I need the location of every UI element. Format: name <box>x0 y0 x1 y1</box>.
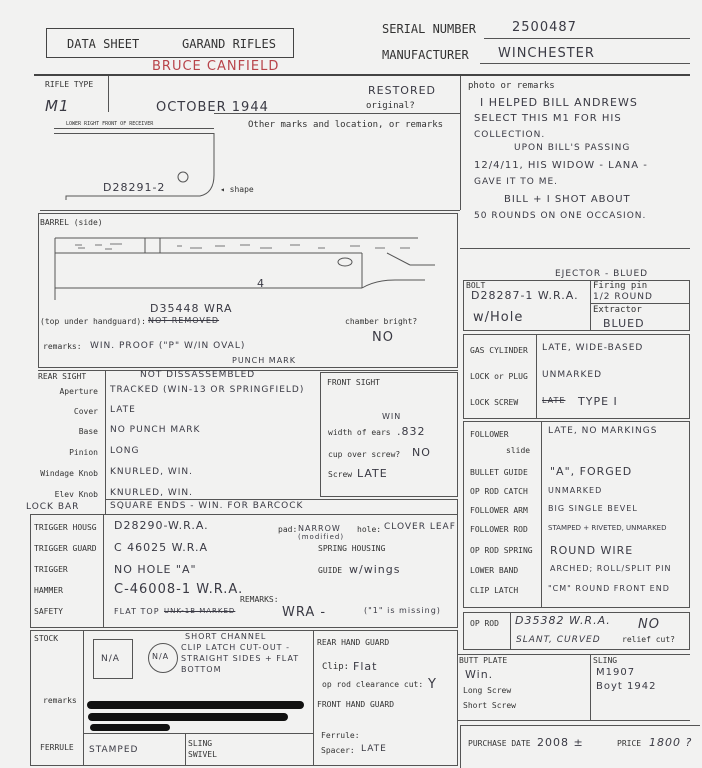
sling-swivel-label-2: SWIVEL <box>188 750 217 759</box>
remarks-line: Bill + I shot about <box>504 194 648 211</box>
chamber-bright-label: chamber bright? <box>345 317 417 326</box>
stock-label-divider <box>83 630 84 766</box>
sling-label: SLING <box>593 656 617 665</box>
stock-right-divider <box>313 630 314 766</box>
trigger-housing-value[interactable]: D28290-W.R.A. <box>114 519 209 532</box>
cup-over-screw-label: cup over screw? <box>328 450 400 459</box>
manufacturer-underline <box>480 63 690 64</box>
title-data-sheet: DATA SHEET <box>67 37 139 51</box>
trigger-value[interactable]: No Hole "A" <box>114 563 197 576</box>
chamber-bright-value[interactable]: NO <box>372 330 394 345</box>
ears-label: width of ears <box>328 428 391 437</box>
ferrule-label: FERRULE <box>40 743 74 752</box>
hand-guard-ferrule-label: Ferrule: <box>321 731 360 740</box>
receiver-marking[interactable]: D28291-2 <box>103 181 165 194</box>
lock-screw-value[interactable]: Type I <box>578 395 618 408</box>
price-label: PRICE <box>617 739 641 748</box>
lock-screw-struck: Late <box>542 396 565 405</box>
op-rod-value[interactable]: D35382 W.R.A. <box>515 614 611 627</box>
serial-underline <box>484 38 690 39</box>
follower-arm-label: FOLLOWER ARM <box>470 506 528 515</box>
manufacturer-value[interactable]: Winchester <box>498 46 595 61</box>
long-screw-label: Long Screw <box>463 686 511 695</box>
follower-row: LOWER BANDArched; roll/split pin <box>470 563 690 583</box>
shape-label: ◂ shape <box>220 185 254 194</box>
sling-value-2[interactable]: Boyt 1942 <box>596 681 656 692</box>
follower-row: slide <box>470 444 690 464</box>
redaction-bar <box>90 724 170 731</box>
follower-rows: FOLLOWERLate, no markings slide BULLET G… <box>470 428 690 603</box>
top-under-handguard-label: (top under handguard): <box>40 317 146 326</box>
safety-label: SAFETY <box>34 607 63 616</box>
pad-note: (modified) <box>298 533 344 541</box>
hole-value[interactable]: Clover leaf <box>384 522 456 532</box>
ears-value[interactable]: .832 <box>397 425 426 438</box>
follower-row: FOLLOWERLate, no markings <box>470 428 690 444</box>
follower-row: BULLET GUIDE"A", Forged <box>470 464 690 484</box>
stock-note: Short channel <box>185 632 299 643</box>
serial-number-value[interactable]: 2500487 <box>512 20 577 35</box>
cover-value[interactable]: Late <box>110 405 136 415</box>
follower-value[interactable]: Late, no markings <box>548 426 657 436</box>
rear-sight-row: Aperture Tracked (Win-13 or Springfield) <box>38 385 318 405</box>
elev-knob-label: Elev Knob <box>55 490 98 499</box>
clip-label: Clip: <box>322 662 349 672</box>
spacer-value[interactable]: Late <box>361 744 387 754</box>
purchase-date-label: PURCHASE DATE <box>468 739 531 748</box>
main-right-divider <box>460 76 461 210</box>
op-rod-catch-value[interactable]: Unmarked <box>548 486 602 495</box>
firing-pin-value[interactable]: 1/2 Round <box>593 292 653 302</box>
cup-over-screw-value[interactable]: No <box>412 446 431 459</box>
barrel-remarks-label: remarks: <box>43 342 82 351</box>
sling-swivel-label: SLING <box>188 739 212 748</box>
follower-row: FOLLOWER ARMBig single bevel <box>470 503 690 522</box>
safety-struck: Unk-1B marked <box>164 607 235 615</box>
receiver-label: LOWER RIGHT FRONT OF RECEIVER <box>66 121 153 127</box>
stock-remarks-label: remarks <box>43 696 77 705</box>
screw-value[interactable]: Late <box>357 467 388 480</box>
serial-number-label: SERIAL NUMBER <box>382 22 476 36</box>
op-rod-clearance-label: op rod clearance cut: <box>322 680 423 689</box>
safety-value[interactable]: Flat Top <box>114 607 160 616</box>
op-rod-value-2[interactable]: Slant, curved <box>516 635 601 645</box>
follower-rod-label: FOLLOWER ROD <box>470 525 528 534</box>
barrel-drawing <box>50 230 440 310</box>
trigger-row: TRIGGER GUARDC 46025 W.R.A <box>34 540 454 561</box>
follower-row: CLIP LATCH"CM" Round front end <box>470 583 690 603</box>
lock-plug-value[interactable]: Unmarked <box>542 370 602 380</box>
remarks-line: 12/4/11, his widow - Lana - <box>474 160 648 177</box>
front-sight-label: FRONT SIGHT <box>327 378 380 387</box>
spring-housing-label: SPRING HOUSING <box>318 544 385 553</box>
bolt-value-2[interactable]: w/Hole <box>473 310 523 325</box>
aperture-value[interactable]: Tracked (Win-13 or Springfield) <box>110 385 304 395</box>
base-value[interactable]: No punch mark <box>110 425 200 435</box>
trigger-row: SAFETY Flat Top Unk-1B marked WRA - ("1"… <box>34 603 454 624</box>
lock-bar-label: Lock Bar <box>26 502 79 512</box>
op-rod-catch-label: OP ROD CATCH <box>470 487 528 496</box>
original-value[interactable]: Restored <box>368 84 436 97</box>
photo-remarks-bottom <box>460 248 690 249</box>
slide-label: slide <box>506 446 530 455</box>
elev-knob-value[interactable]: Knurled, Win. <box>110 488 193 498</box>
butt-plate-bottom <box>458 720 690 721</box>
remarks-line: Upon Bill's passing <box>514 143 648 160</box>
lower-band-label: LOWER BAND <box>470 566 518 575</box>
bolt-divider <box>590 280 591 331</box>
firing-pin-divider <box>590 303 690 304</box>
trigger-label: TRIGGER <box>34 565 68 574</box>
top-rule <box>34 74 690 76</box>
relief-cut-label: relief cut? <box>622 635 675 644</box>
screw-label: Screw <box>328 470 352 479</box>
remarks-line: gave it to me. <box>474 177 648 194</box>
pinion-value[interactable]: Long <box>110 446 139 456</box>
rear-sight-row: Cover Late <box>38 405 318 425</box>
stock-box-value[interactable]: N/A <box>101 654 120 664</box>
purchase-date-value[interactable]: 2008 ± <box>537 736 584 749</box>
rear-sight-row: Windage Knob Knurled, Win. <box>38 467 318 488</box>
cover-label: Cover <box>74 407 98 416</box>
stock-notes: Short channel Clip latch cut-out - strai… <box>181 632 299 676</box>
rifle-section-bottom <box>40 210 460 211</box>
safety-value-2[interactable]: WRA - <box>282 605 326 620</box>
extractor-label: Extractor <box>593 305 642 315</box>
butt-plate-top <box>458 654 690 655</box>
top-under-handguard-value[interactable]: D35448 WRA <box>150 302 233 315</box>
windage-knob-value[interactable]: Knurled, Win. <box>110 467 193 477</box>
follower-arm-value[interactable]: Big single bevel <box>548 504 638 513</box>
rear-sight-note[interactable]: Not Dissassembled <box>140 370 255 380</box>
op-rod-divider <box>510 612 511 650</box>
trigger-guard-value[interactable]: C 46025 W.R.A <box>114 541 208 554</box>
title-garand-rifles: GARAND RIFLES <box>182 37 276 51</box>
follower-row: FOLLOWER RODStamped + riveted, unmarked <box>470 522 690 543</box>
rear-sight-rows: Aperture Tracked (Win-13 or Springfield)… <box>38 385 318 508</box>
remarks-line: select this M1 for his <box>474 113 648 130</box>
pinion-label: Pinion <box>69 448 98 457</box>
manufacturer-label: MANUFACTURER <box>382 48 469 62</box>
stock-circle-value[interactable]: N/A <box>152 652 169 661</box>
clip-value[interactable]: Flat <box>353 660 377 673</box>
bullet-guide-label: BULLET GUIDE <box>470 468 528 477</box>
photo-remarks-text: I helped Bill Andrews select this M1 for… <box>474 96 648 228</box>
windage-knob-label: Windage Knob <box>40 469 98 478</box>
other-marks-label: Other marks and location, or remarks <box>248 120 443 130</box>
safety-note[interactable]: ("1" is missing) <box>364 606 441 615</box>
op-rod-clearance-value[interactable]: Y <box>428 677 437 692</box>
sling-swivel-divider <box>185 733 186 766</box>
stock-note: Clip latch cut-out - <box>181 643 299 654</box>
original-label: original? <box>366 101 415 111</box>
relief-value[interactable]: No <box>638 617 660 632</box>
front-sight-maker[interactable]: Win <box>382 412 401 421</box>
butt-plate-divider <box>590 654 591 720</box>
short-screw-label: Short Screw <box>463 701 516 710</box>
bullet-guide-value[interactable]: "A", Forged <box>550 465 632 478</box>
owner-name: Bruce Canfield <box>152 59 279 74</box>
top-under-handguard-struck: Not Removed <box>148 316 219 325</box>
remarks-line: I helped Bill Andrews <box>480 96 648 113</box>
rifle-type-value[interactable]: M1 <box>45 97 70 115</box>
front-hand-guard-label: FRONT HAND GUARD <box>317 700 394 709</box>
follower-row: OP ROD CATCHUnmarked <box>470 484 690 503</box>
clip-latch-value[interactable]: "CM" Round front end <box>548 584 670 593</box>
gas-cylinder-label: GAS CYLINDER <box>470 346 528 355</box>
barrel-remarks-value-2[interactable]: Punch mark <box>232 356 296 365</box>
follower-label: FOLLOWER <box>470 430 509 439</box>
lower-band-value[interactable]: Arched; roll/split pin <box>550 564 671 573</box>
sling-value[interactable]: M1907 <box>596 667 635 678</box>
hammer-value[interactable]: C-46008-1 W.R.A. <box>114 582 243 597</box>
receiver-line <box>54 128 214 129</box>
clip-latch-label: CLIP LATCH <box>470 586 518 595</box>
extractor-value[interactable]: Blued <box>603 317 645 330</box>
trigger-guard-label: TRIGGER GUARD <box>34 544 97 553</box>
lock-bar-box <box>105 499 458 514</box>
rifle-type-divider <box>108 76 109 112</box>
stock-label: STOCK <box>34 634 58 643</box>
pad-label: pad: <box>278 525 297 534</box>
ferrule-divider <box>83 733 313 734</box>
guide-label: GUIDE <box>318 566 342 575</box>
trigger-remarks-label: REMARKS: <box>240 595 279 604</box>
barrel-remarks-value[interactable]: Win. Proof ("P" w/in oval) <box>90 341 245 351</box>
lock-plug-label: LOCK or PLUG <box>470 372 528 381</box>
barrel-drawing-mark: 4 <box>257 277 265 290</box>
op-rod-label: OP ROD <box>470 619 499 628</box>
bolt-value[interactable]: D28287-1 W.R.A. <box>471 289 579 302</box>
op-rod-spring-label: OP ROD SPRING <box>470 546 533 555</box>
rear-hand-guard-label: REAR HAND GUARD <box>317 638 389 647</box>
trigger-housing-label: TRIGGER HOUSG <box>34 523 97 532</box>
butt-plate-value[interactable]: Win. <box>465 668 493 681</box>
stock-note: bottom <box>181 665 299 676</box>
ejector-note[interactable]: Ejector - Blued <box>555 269 648 279</box>
rear-sight-row: Base No punch mark <box>38 425 318 446</box>
base-label: Base <box>79 427 98 436</box>
butt-plate-label: BUTT PLATE <box>459 656 507 665</box>
pad-value[interactable]: Narrow <box>298 524 341 533</box>
photo-remarks-label: photo or remarks <box>468 81 555 91</box>
ferrule-value[interactable]: Stamped <box>89 745 138 755</box>
stock-note: straight sides + flat <box>181 654 299 665</box>
guide-value[interactable]: w/wings <box>349 563 400 576</box>
lock-screw-label: LOCK SCREW <box>470 398 518 407</box>
rifle-type-label: RIFLE TYPE <box>45 80 93 89</box>
other-marks-rule <box>214 113 460 114</box>
remarks-line: collection. <box>474 130 648 143</box>
gas-divider <box>536 334 537 419</box>
hammer-label: HAMMER <box>34 586 63 595</box>
aperture-label: Aperture <box>59 387 98 396</box>
gas-cylinder-value[interactable]: Late, wide-based <box>542 343 643 353</box>
spacer-label: Spacer: <box>321 746 355 755</box>
price-value[interactable]: 1800 ? <box>649 736 692 749</box>
barrel-label: BARREL (side) <box>40 218 103 227</box>
remarks-line: 50 rounds on one occasion. <box>474 211 648 228</box>
redaction-bar <box>88 713 288 721</box>
op-rod-spring-value[interactable]: Round wire <box>550 544 633 557</box>
redaction-bar <box>87 701 304 709</box>
firing-pin-label: Firing pin <box>593 281 647 291</box>
rear-sight-label: REAR SIGHT <box>38 372 86 381</box>
follower-rod-value[interactable]: Stamped + riveted, unmarked <box>548 524 667 532</box>
rear-sight-row: Pinion Long <box>38 446 318 467</box>
follower-row: OP ROD SPRINGRound wire <box>470 543 690 563</box>
hole-label: hole: <box>357 525 381 534</box>
